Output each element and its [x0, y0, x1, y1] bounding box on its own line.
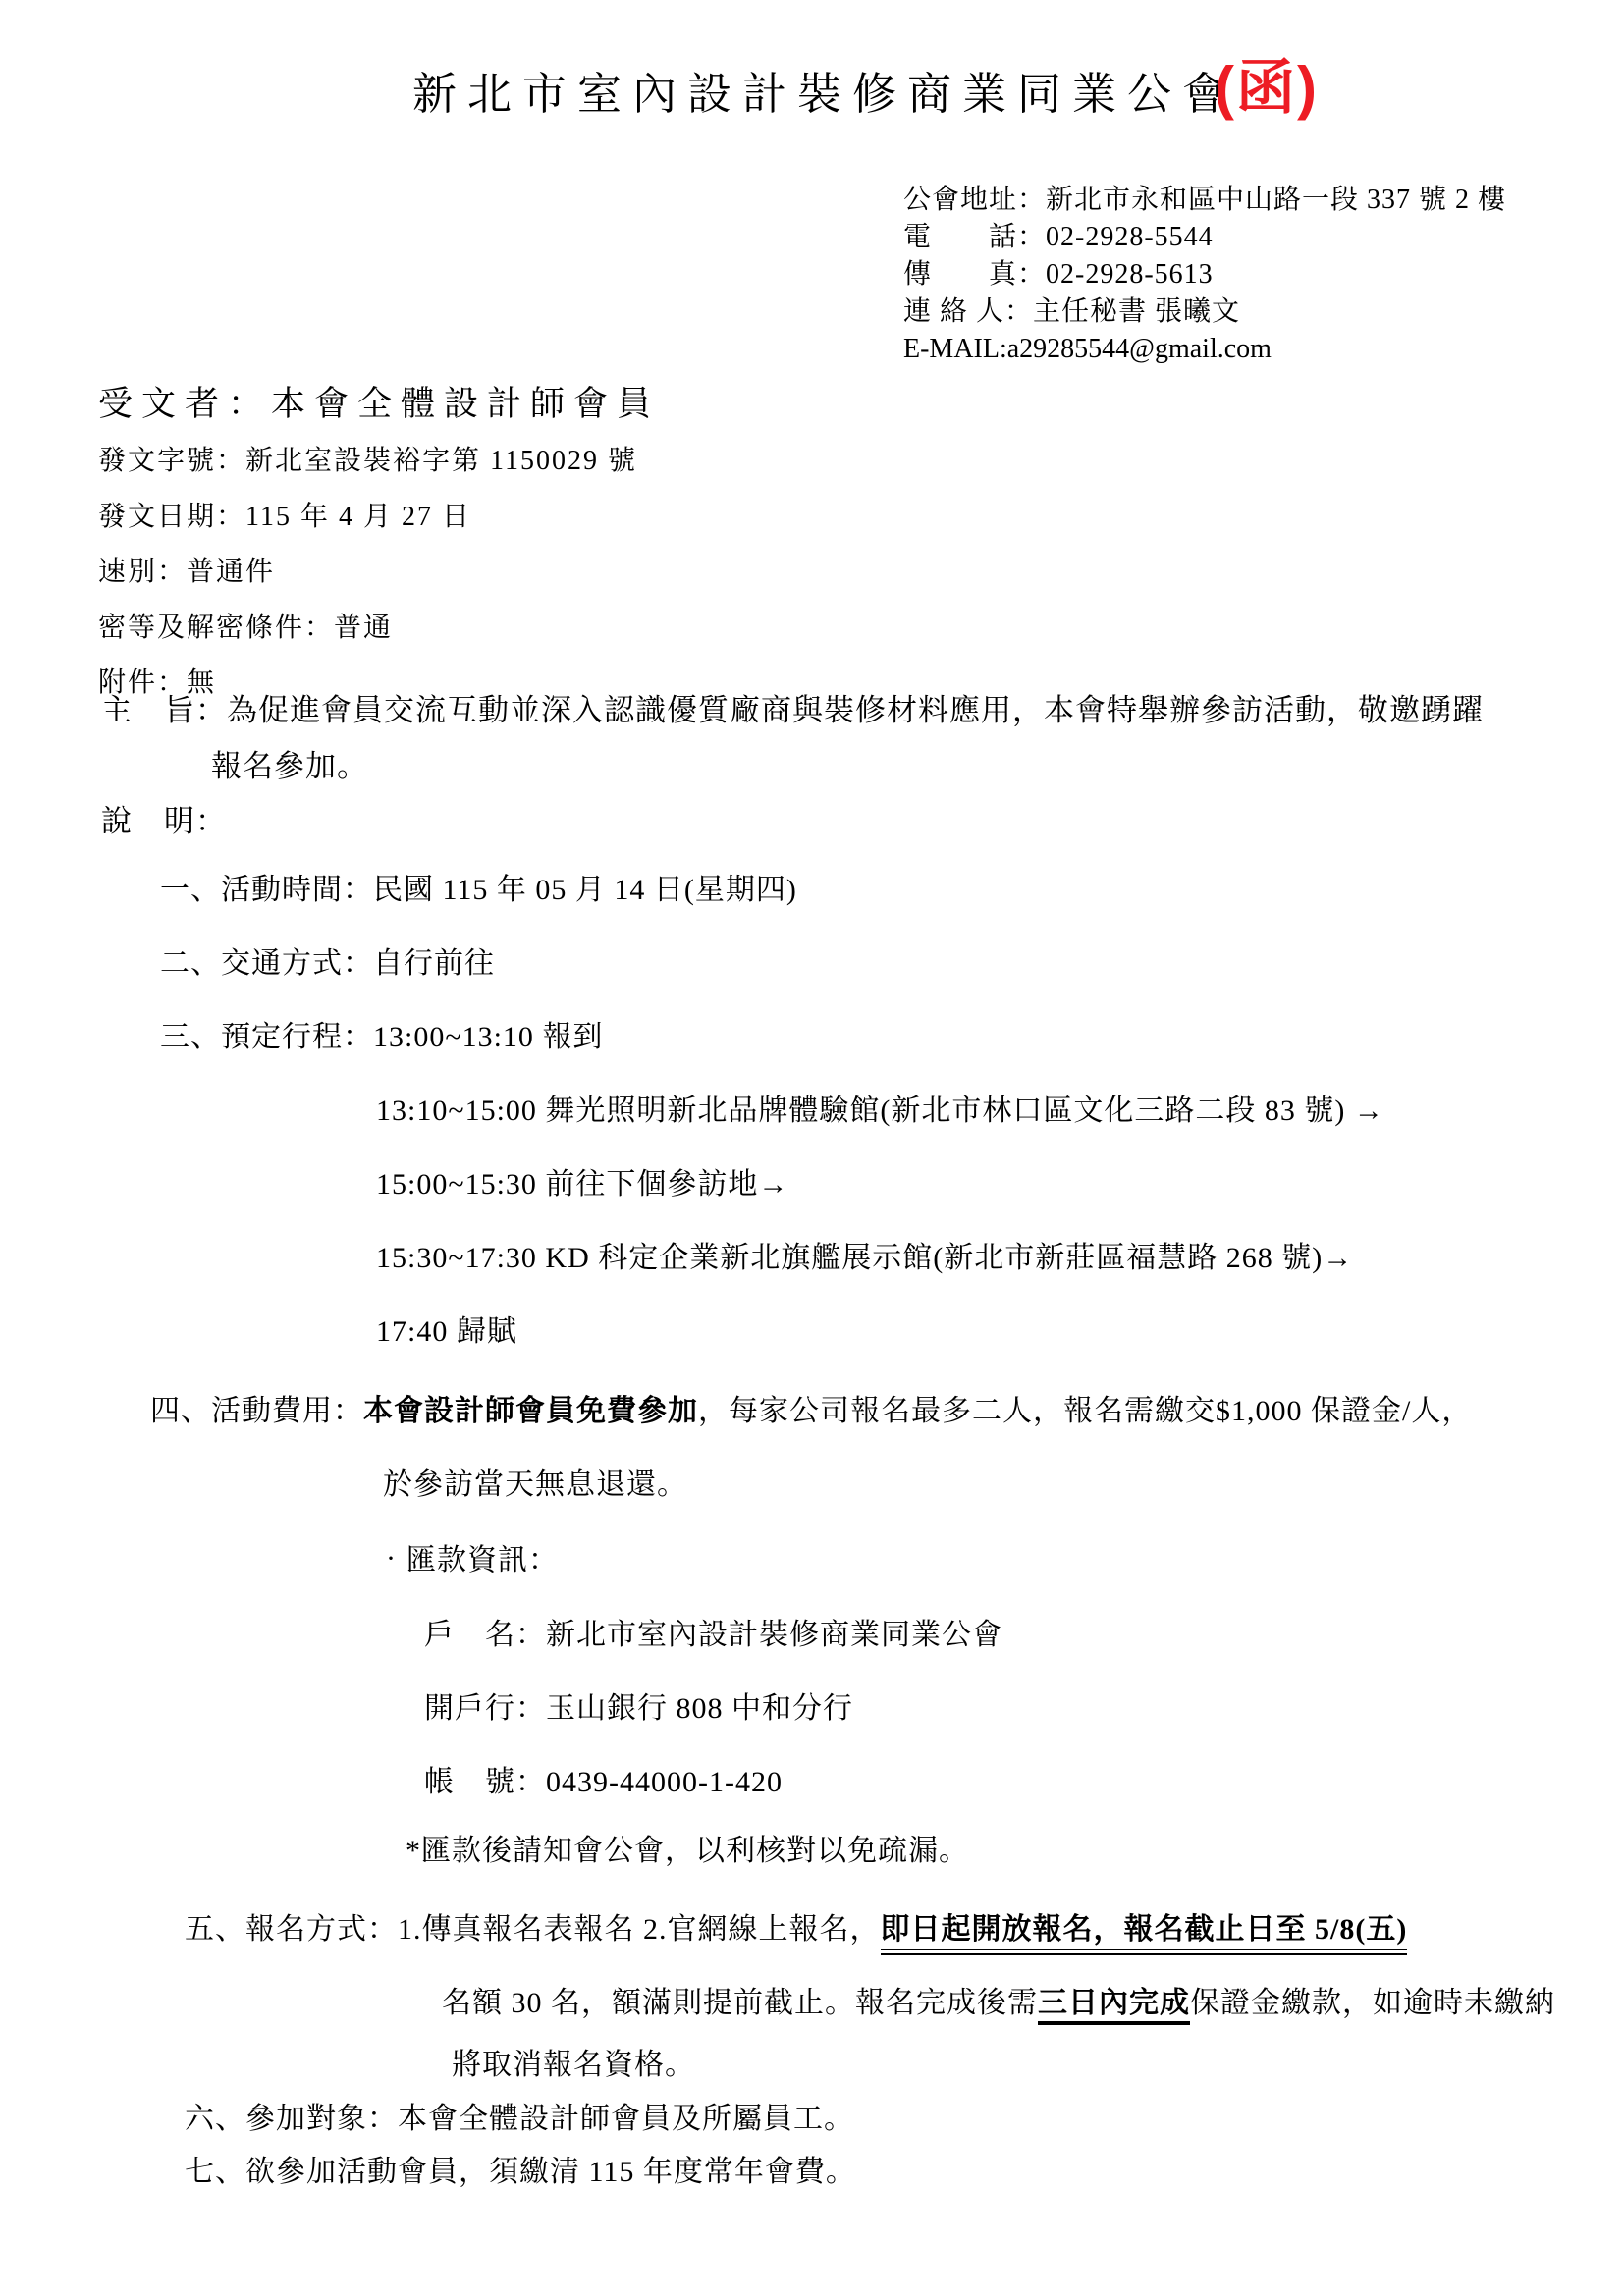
item-4-bold: 本會設計師會員免費參加: [363, 1395, 698, 1427]
subject-line1: 主 旨：為促進會員交流互動並深入認識優質廠商與裝修材料應用，本會特舉辦參訪活動，…: [101, 692, 1484, 730]
contact-person: 連 絡 人：主任秘書 張曦文: [903, 294, 1240, 329]
item-7-membership-fee: 七、欲參加活動會員，須繳清 115 年度常年會費。: [185, 2154, 856, 2191]
remittance-account-number: 帳 號：0439-44000-1-420: [424, 1764, 783, 1801]
item-5-line2-pre: 名額 30 名，額滿則提前截止。報名完成後需: [442, 1987, 1038, 2019]
doc-date-line: 發文日期：115 年 4 月 27 日: [98, 500, 471, 534]
item-5-line2-bold: 三日內完成: [1038, 1987, 1190, 2025]
association-title: 新北市室內設計裝修商業同業公會: [412, 67, 1237, 122]
subject-line2: 報名參加。: [211, 748, 368, 786]
item-5-line2-post: 保證金繳款，如逾時未繳納: [1190, 1987, 1555, 2019]
item-5-line3: 將取消報名資格。: [452, 2047, 695, 2084]
explanation-label: 說 明：: [101, 803, 227, 841]
remittance-heading: ‧匯款資訊：: [376, 1542, 559, 1579]
item-5-deadline-bold: 即日起開放報名，報名截止日至 5/8(五): [881, 1913, 1408, 1955]
doc-number-line: 發文字號：新北室設裝裕字第 1150029 號: [98, 444, 637, 478]
contact-address: 公會地址：新北市永和區中山路一段 337 號 2 樓: [903, 183, 1506, 217]
contact-fax: 傳 真：02-2928-5613: [903, 257, 1214, 292]
contact-phone: 電 話：02-2928-5544: [903, 220, 1214, 254]
item-4-pre: 四、活動費用：: [150, 1395, 363, 1427]
subject-label: 主 旨：: [101, 693, 227, 727]
contact-email: E-MAIL:a29285544@gmail.com: [903, 332, 1272, 366]
item-4-line2: 於參訪當天無息退還。: [383, 1467, 687, 1504]
schedule-line-4: 17:40 歸賦: [376, 1313, 517, 1351]
schedule-line-2: 15:00~15:30 前往下個參訪地→: [376, 1166, 788, 1203]
item-5-registration: 五、報名方式：1.傳真報名表報名 2.官網線上報名，即日起開放報名，報名截止日至…: [185, 1911, 1407, 1949]
remittance-note: *匯款後請知會公會，以利核對以免疏漏。: [406, 1833, 969, 1870]
item-6-participants: 六、參加對象：本會全體設計師會員及所屬員工。: [185, 2101, 854, 2138]
speed-line: 速別：普通件: [98, 555, 275, 589]
schedule-line-1: 13:10~15:00 舞光照明新北品牌體驗館(新北市林口區文化三路二段 83 …: [376, 1093, 1384, 1130]
item-1-activity-time: 一、活動時間：民國 115 年 05 月 14 日(星期四): [160, 872, 797, 909]
security-line: 密等及解密條件：普通: [98, 611, 393, 645]
subject-text: 為促進會員交流互動並深入認識優質廠商與裝修材料應用，本會特舉辦參訪活動，敬邀踴躍: [227, 693, 1484, 727]
remittance-bank: 開戶行：玉山銀行 808 中和分行: [424, 1690, 853, 1728]
item-4-post: ，每家公司報名最多二人，報名需繳交$1,000 保證金/人，: [698, 1395, 1472, 1427]
recipient-line: 受文者：本會全體設計師會員: [98, 383, 660, 426]
remittance-account-name: 戶 名：新北市室內設計裝修商業同業公會: [424, 1617, 1002, 1654]
item-4-fee: 四、活動費用：本會設計師會員免費參加，每家公司報名最多二人，報名需繳交$1,00…: [150, 1393, 1472, 1430]
item-5-pre: 五、報名方式：1.傳真報名表報名 2.官網線上報名，: [185, 1913, 881, 1946]
item-2-transport: 二、交通方式：自行前往: [160, 945, 495, 983]
schedule-line-3: 15:30~17:30 KD 科定企業新北旗艦展示館(新北市新莊區福慧路 268…: [376, 1240, 1353, 1277]
item-5-line2: 名額 30 名，額滿則提前截止。報名完成後需三日內完成保證金繳款，如逾時未繳納: [442, 1985, 1555, 2022]
item-3-itinerary: 三、預定行程：13:00~13:10 報到: [160, 1019, 603, 1056]
document-page: 新北市室內設計裝修商業同業公會 (函) 公會地址：新北市永和區中山路一段 337…: [0, 0, 1624, 2296]
letter-type-stamp: (函): [1215, 51, 1319, 125]
